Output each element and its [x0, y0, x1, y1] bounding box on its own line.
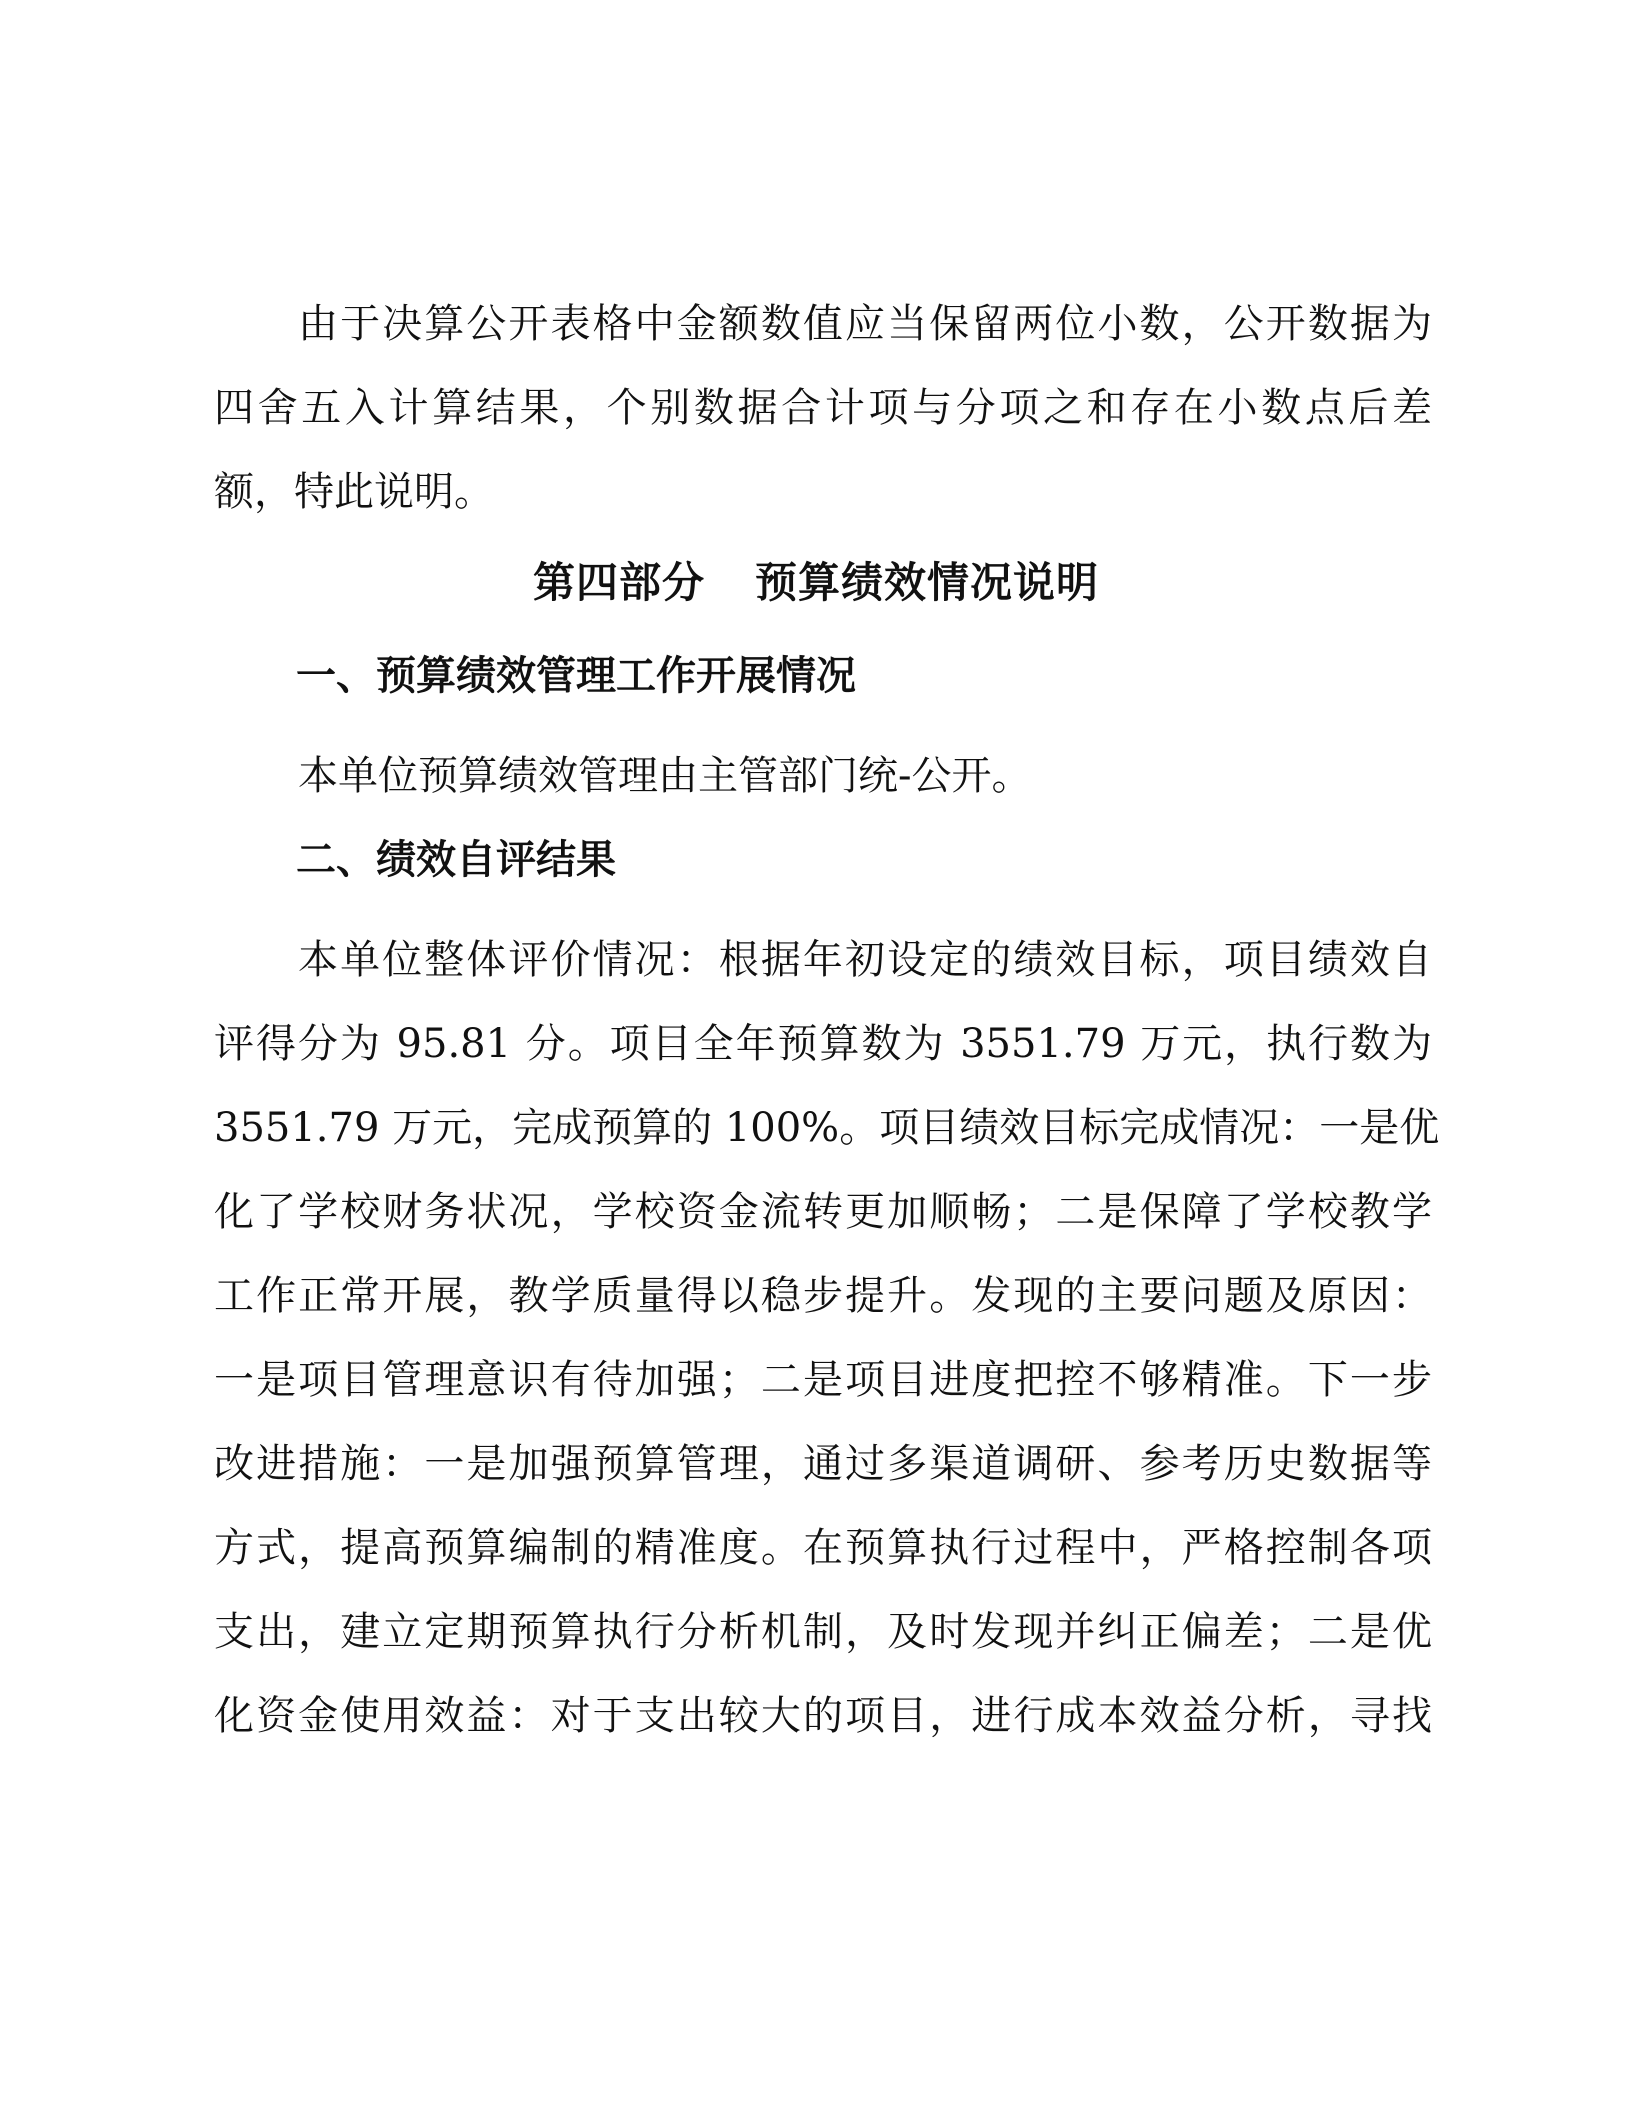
intro-paragraph-line-1: 由于决算公开表格中金额数值应当保留两位小数，公开数据为	[298, 282, 1432, 366]
intro-paragraph-line-2: 四舍五入计算结果，个别数据合计项与分项之和存在小数点后差	[214, 366, 1432, 450]
section-2-heading: 二、绩效自评结果	[296, 820, 616, 900]
part-title: 第四部分预算绩效情况说明	[0, 548, 1632, 618]
section-2-line-3: 3551.79 万元，完成预算的 100%。项目绩效目标完成情况：一是优	[214, 1086, 1432, 1170]
section-1-body: 本单位预算绩效管理由主管部门统-公开。	[298, 734, 1432, 818]
section-2-line-6: 一是项目管理意识有待加强；二是项目进度把控不够精准。下一步	[214, 1338, 1432, 1422]
section-2-line-4: 化了学校财务状况，学校资金流转更加顺畅；二是保障了学校教学	[214, 1170, 1432, 1254]
section-2-line-9: 支出，建立定期预算执行分析机制，及时发现并纠正偏差；二是优	[214, 1590, 1432, 1674]
section-2-line-5: 工作正常开展，教学质量得以稳步提升。发现的主要问题及原因：	[214, 1254, 1432, 1338]
intro-paragraph-line-3: 额，特此说明。	[214, 450, 1432, 534]
section-2-line-10: 化资金使用效益：对于支出较大的项目，进行成本效益分析，寻找	[214, 1674, 1432, 1758]
section-1-heading: 一、预算绩效管理工作开展情况	[296, 636, 856, 716]
section-2-line-2: 评得分为 95.81 分。项目全年预算数为 3551.79 万元，执行数为	[214, 1002, 1432, 1086]
section-2-line-8: 方式，提高预算编制的精准度。在预算执行过程中，严格控制各项	[214, 1506, 1432, 1590]
section-2-line-1: 本单位整体评价情况：根据年初设定的绩效目标，项目绩效自	[298, 918, 1432, 1002]
section-2-line-7: 改进措施：一是加强预算管理，通过多渠道调研、参考历史数据等	[214, 1422, 1432, 1506]
part-title-number: 第四部分	[533, 558, 705, 607]
part-title-name: 预算绩效情况说明	[755, 558, 1099, 607]
document-page: 由于决算公开表格中金额数值应当保留两位小数，公开数据为 四舍五入计算结果，个别数…	[0, 0, 1632, 2112]
